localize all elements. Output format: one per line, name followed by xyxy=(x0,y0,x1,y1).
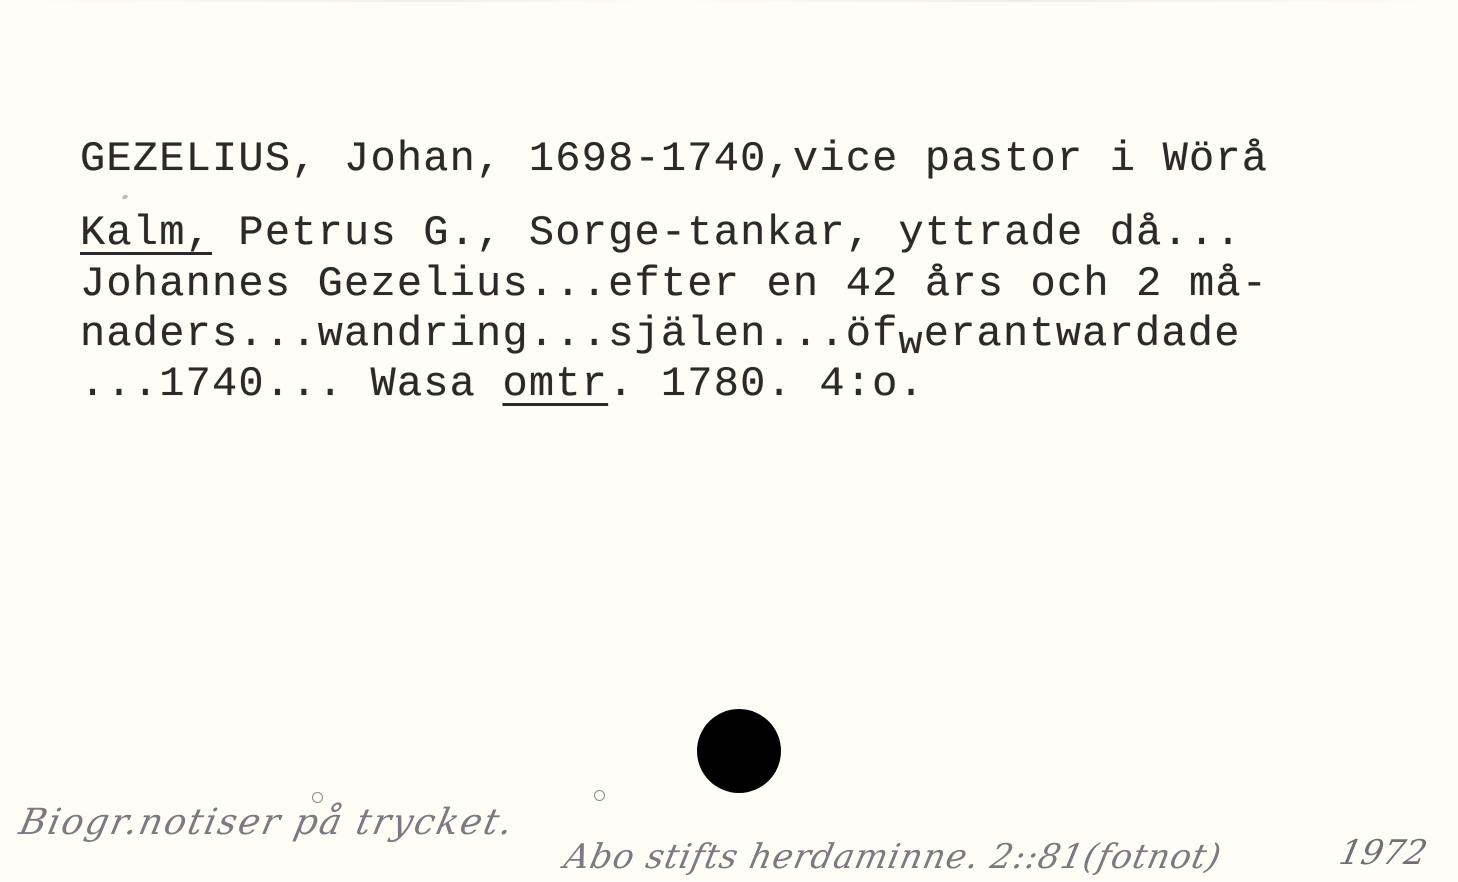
entry-publisher-abbrev: omtr xyxy=(502,360,608,408)
card-heading: GEZELIUS, Johan, 1698-1740,vice pastor i… xyxy=(80,138,1268,180)
entry-line-2: Johannes Gezelius...efter en 42 års och … xyxy=(80,263,1268,305)
entry-line-4-pre: ...1740... Wasa xyxy=(80,360,502,408)
entry-line-3-pre: naders...wandring...själen...öf xyxy=(80,310,899,358)
entry-line-4: ...1740... Wasa omtr. 1780. 4:o. xyxy=(80,363,925,405)
entry-line-1: Kalm, Petrus G., Sorge-tankar, yttrade d… xyxy=(80,212,1242,254)
entry-line-3-post: erantwardade xyxy=(924,310,1241,358)
entry-line-4-post: . 1780. 4:o. xyxy=(608,360,925,408)
ring-mark-icon xyxy=(312,792,323,803)
entry-author: Kalm, xyxy=(80,209,212,257)
ring-mark-icon xyxy=(594,790,605,801)
handwritten-note-source: Abo stifts herdaminne. 2::81(fotnot) xyxy=(561,840,1224,874)
entry-line-3: naders...wandring...själen...öfwerantwar… xyxy=(80,313,1241,356)
card-top-edge xyxy=(0,0,1458,2)
entry-title: Petrus G., Sorge-tankar, yttrade då... xyxy=(212,209,1242,257)
handwritten-note-biography: Biogr.notiser på trycket. xyxy=(16,805,517,841)
punch-hole-icon xyxy=(697,709,781,793)
catalog-card: GEZELIUS, Johan, 1698-1740,vice pastor i… xyxy=(0,0,1458,882)
ink-smudge xyxy=(121,194,128,200)
handwritten-year: 1972 xyxy=(1336,836,1430,870)
